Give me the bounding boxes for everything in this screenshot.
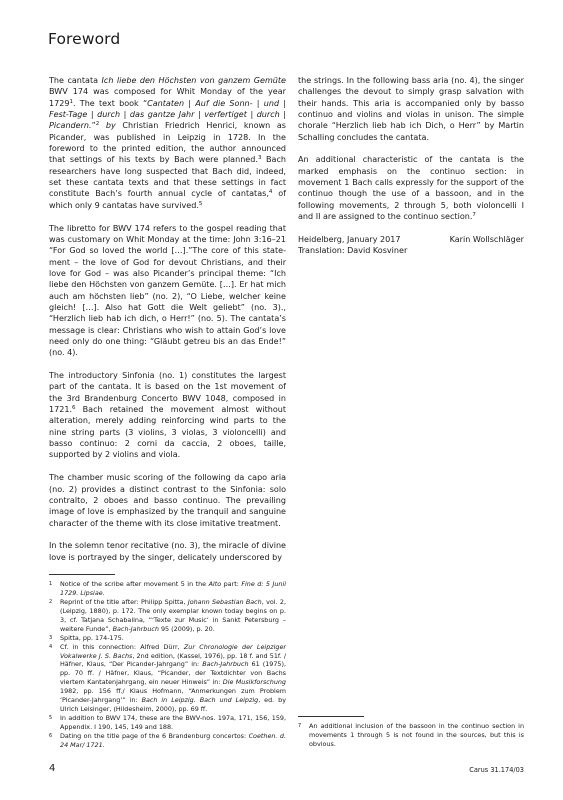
footnote-divider-right: [298, 716, 364, 717]
footnote-text: Dating on the title page of the 6 Brande…: [60, 732, 286, 750]
footnote-4: 4 Cf. in this connection: Alfred Dürr, Z…: [49, 643, 286, 714]
paragraph-recitative: In the solemn tenor recitative (no. 3), …: [49, 540, 286, 563]
footnote-text: Notice of the scribe after movement 5 in…: [60, 580, 286, 598]
page-number: 4: [49, 763, 55, 774]
right-column: the strings. In the following bass aria …: [298, 75, 524, 257]
footnote-number: 4: [49, 643, 60, 714]
catalog-number: Carus 31.174/03: [469, 766, 524, 774]
page-title: Foreword: [48, 30, 120, 48]
signature-line: Heidelberg, January 2017 Karin Wollschlä…: [298, 234, 524, 245]
footnote-number: 2: [49, 598, 60, 633]
footnote-2: 2 Reprint of the title after: Philipp Sp…: [49, 598, 286, 633]
paragraph-continuo: An additional characteristic of the cant…: [298, 154, 524, 222]
footnote-5: 5 In addition to BWV 174, these are the …: [49, 714, 286, 732]
author-name: Karin Wollschläger: [450, 234, 524, 245]
footnote-text: In addition to BWV 174, these are the BW…: [60, 714, 286, 732]
footnote-number: 7: [298, 722, 309, 749]
paragraph-intro: The cantata Ich liebe den Höchsten von g…: [49, 75, 286, 211]
paragraph-sinfonia: The introductory Sinfonia (no. 1) consti…: [49, 370, 286, 461]
footnote-7: 7 An additional inclusion of the bassoon…: [298, 722, 524, 749]
footnote-number: 5: [49, 714, 60, 732]
footnote-1: 1 Notice of the scribe after movement 5 …: [49, 580, 286, 598]
footnote-text: Reprint of the title after: Philipp Spit…: [60, 598, 286, 633]
place-date: Heidelberg, January 2017: [298, 234, 401, 245]
footnote-number: 6: [49, 732, 60, 750]
footnote-text: An additional inclusion of the bassoon i…: [309, 722, 524, 749]
footnote-text: Spitta, pp. 174-175.: [60, 634, 286, 643]
footnote-text: Cf. in this connection: Alfred Dürr, Zur…: [60, 643, 286, 714]
footnote-number: 1: [49, 580, 60, 598]
paragraph-bass-aria: the strings. In the following bass aria …: [298, 75, 524, 143]
footnote-3: 3 Spitta, pp. 174-175.: [49, 634, 286, 643]
footnotes-right: 7 An additional inclusion of the bassoon…: [298, 722, 524, 749]
signature-block: Heidelberg, January 2017 Karin Wollschlä…: [298, 234, 524, 257]
footnote-6: 6 Dating on the title page of the 6 Bran…: [49, 732, 286, 750]
left-column: The cantata Ich liebe den Höchsten von g…: [49, 75, 286, 574]
paragraph-aria: The chamber music scoring of the followi…: [49, 472, 286, 529]
footnote-number: 3: [49, 634, 60, 643]
footnotes-left: 1 Notice of the scribe after movement 5 …: [49, 580, 286, 750]
paragraph-libretto: The libretto for BWV 174 refers to the g…: [49, 223, 286, 359]
footnote-divider-left: [49, 574, 115, 575]
translation-credit: Translation: David Kosviner: [298, 245, 524, 256]
